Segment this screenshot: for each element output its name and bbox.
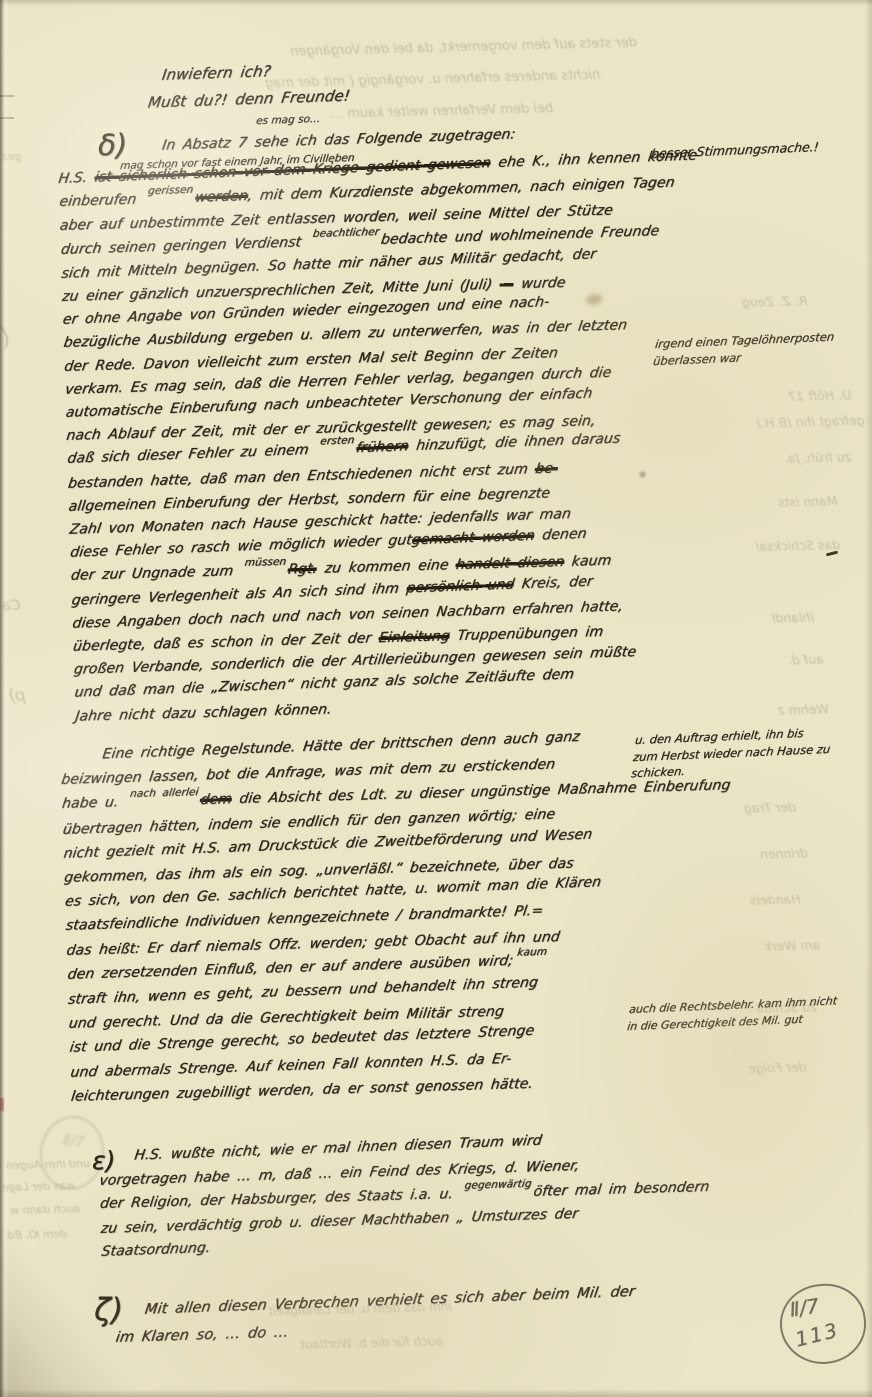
inserted-word: gegenwärtig: [464, 1178, 533, 1192]
ghost-line: (: [0, 322, 11, 352]
header-line-1: Inwiefern ich?: [161, 62, 272, 84]
struck-text: werden: [194, 188, 249, 206]
edge-dash: [0, 95, 14, 97]
struck-text: handelt diesen: [455, 554, 565, 573]
struck-text: persönlich und: [405, 576, 515, 596]
ghost-line: der stets auf dem vorgemerkt, da bei den…: [290, 35, 637, 59]
inserted-word: müssen: [244, 556, 287, 569]
stamp-number-top: Ⅱ/7: [788, 1293, 821, 1321]
interline-note: es mag so…: [255, 113, 321, 127]
struck-text: be-: [534, 460, 559, 477]
margin-note: irgend einen Tagelöhnerpostenüberlassen …: [652, 328, 835, 369]
ghost-line: dem Kl. Bd.: [4, 1227, 68, 1242]
ghost-line: Wehm z: [778, 701, 829, 717]
struck-text: Rgt.: [287, 561, 318, 578]
margin-note: u. den Auftrag erhielt, ihn biszum Herbs…: [630, 724, 833, 782]
inserted-word: nach allerlei: [129, 786, 199, 800]
inserted-word: ersten: [319, 435, 355, 448]
stamp-number-bottom: 113: [793, 1318, 842, 1352]
ghost-line: zu früh. Ja.: [784, 449, 851, 466]
inserted-word: gerissen: [147, 184, 194, 197]
ghost-line: der Folge: [748, 1059, 807, 1076]
ghost-line: U. Höft 17: [788, 387, 852, 404]
archive-stamp: Ⅱ/7 113: [777, 1280, 870, 1367]
struck-text: dem: [199, 792, 233, 809]
inserted-word: kaum: [516, 946, 548, 959]
header-line-2: Mußt du?! denn Freunde!: [147, 86, 351, 111]
margin-note: besser Stimmungsmache.!: [650, 139, 819, 163]
ghost-line: der Trag: [744, 799, 797, 815]
ghost-line: auf d.: [788, 652, 824, 668]
paragraph-epsilon: H.S. wußte nicht, wie er mal ihnen diese…: [96, 1127, 709, 1265]
ghost-line: das Schicksal: [756, 537, 840, 554]
inserted-word: beachtlicher: [312, 225, 380, 239]
struck-text: Einleitung: [378, 628, 451, 646]
ghost-line: drinnen: [760, 845, 808, 861]
ghost-line: Mann ists: [778, 493, 838, 510]
red-edge-mark: [0, 1098, 4, 1111]
edge-dash: [0, 117, 14, 119]
ghost-line: auch dann w: [10, 1202, 81, 1217]
section-marker-delta: δ): [98, 128, 127, 162]
ghost-line: R. Z. Zeug: [742, 293, 808, 310]
ghost-line: gefragt ihn (B.H.): [756, 413, 865, 431]
manuscript-line: In Absatz 7 sehe ich das Folgende zugetr…: [161, 126, 517, 153]
paragraph-zeta: Mit allen diesen Verbrechen verhielt es …: [112, 1282, 633, 1352]
ghost-line: ihlandl: [772, 609, 814, 625]
ink-smudge: [638, 470, 647, 479]
ghost-line: gez: [2, 150, 22, 164]
ghost-line: am Werk: [764, 937, 821, 953]
ghost-line: bei dem Verfahren weiter kaum …: [330, 101, 554, 122]
ghost-line: p): [8, 686, 26, 706]
struck-text: gemacht worden: [411, 528, 536, 549]
ghost-line: Handels: [750, 891, 801, 907]
ghost-line: Ca: [2, 598, 21, 614]
struck-text: frühern: [355, 439, 410, 457]
paragraph-delta: H.S. ist sicherlich schon vor dem Kriege…: [56, 148, 712, 729]
manuscript-page: der stets auf dem vorgemerkt, da bei den…: [0, 0, 872, 1397]
